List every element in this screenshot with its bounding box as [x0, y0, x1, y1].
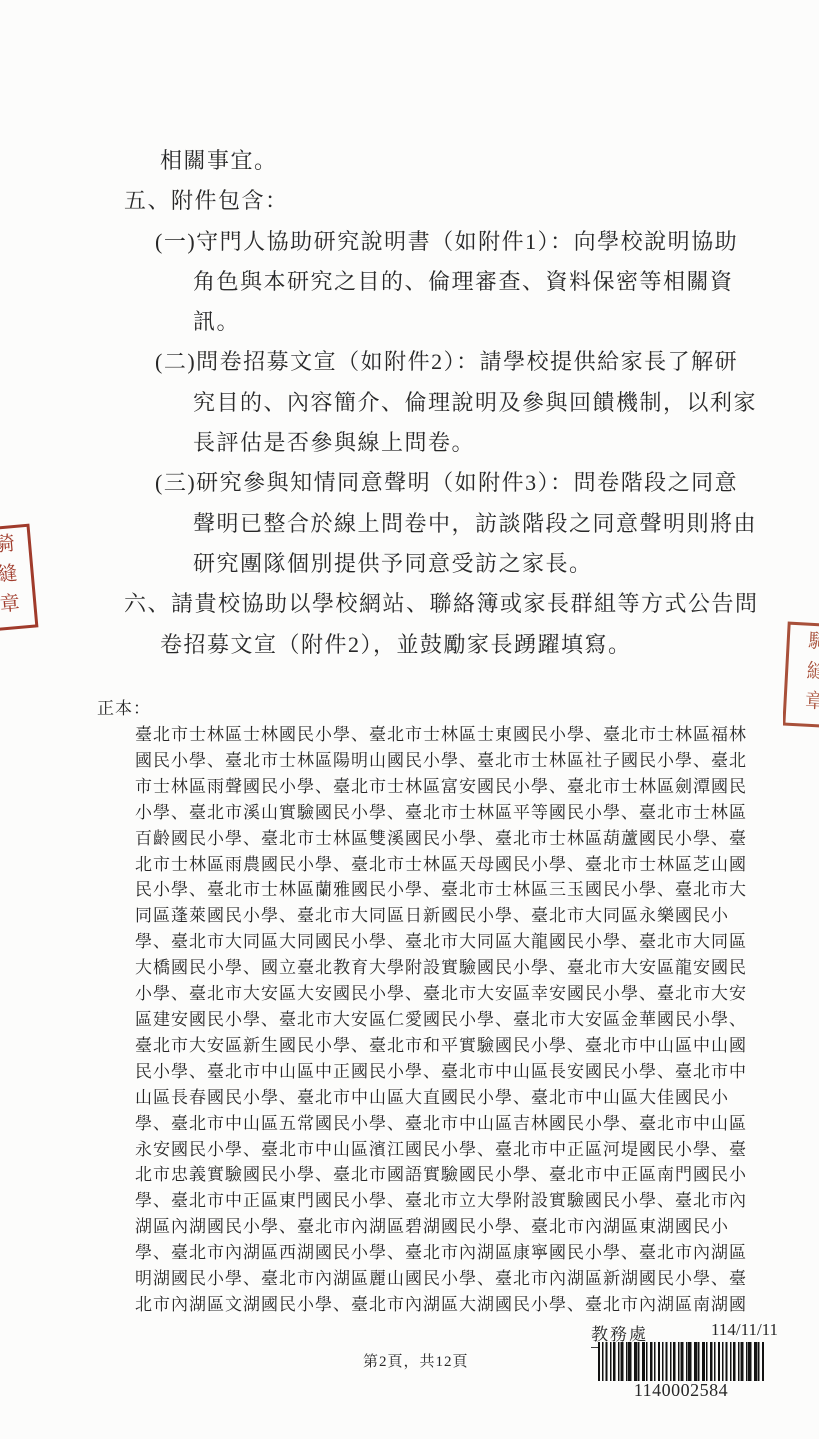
body-line: 六、請貴校協助以學校網站、聯絡簿或家長群組等方式公告問 — [0, 584, 790, 624]
recipient-line: 民小學、臺北市士林區蘭雅國民小學、臺北市士林區三玉國民小學、臺北市大 — [135, 877, 760, 903]
recipients-list: 臺北市士林區士林國民小學、臺北市士林區士東國民小學、臺北市士林區福林國民小學、臺… — [135, 722, 760, 1318]
body-line: (三)研究參與知情同意聲明（如附件3）：問卷階段之同意 — [0, 463, 790, 503]
recipient-line: 學、臺北市中正區東門國民小學、臺北市立大學附設實驗國民小學、臺北市內 — [135, 1188, 760, 1214]
recipient-line: 北市忠義實驗國民小學、臺北市國語實驗國民小學、臺北市中正區南門國民小 — [135, 1162, 760, 1188]
page-indicator: 第2頁，共12頁 — [363, 1350, 469, 1371]
body-line: 研究團隊個別提供予同意受訪之家長。 — [0, 544, 790, 584]
seam-stamp-right-text: 騎縫章 — [802, 630, 819, 721]
body-line: 聲明已整合於線上問卷中，訪談階段之同意聲明則將由 — [0, 504, 790, 544]
scanned-letter-page: 騎縫章 騎縫章 相關事宜。 五、附件包含： (一)守門人協助研究說明書（如附件1… — [0, 0, 819, 1439]
recipient-line: 小學、臺北市大安區大安國民小學、臺北市大安區幸安國民小學、臺北市大安 — [135, 981, 760, 1007]
recipient-line: 百齡國民小學、臺北市士林區雙溪國民小學、臺北市士林區葫蘆國民小學、臺 — [135, 826, 760, 852]
body-line: (一)守門人協助研究說明書（如附件1）：向學校說明協助 — [0, 222, 790, 262]
recipient-line: 學、臺北市大同區大同國民小學、臺北市大同區大龍國民小學、臺北市大同區 — [135, 929, 760, 955]
body-line: (二)問卷招募文宣（如附件2）：請學校提供給家長了解研 — [0, 342, 790, 382]
barcode — [598, 1342, 764, 1381]
recipient-line: 民小學、臺北市中山區中正國民小學、臺北市中山區長安國民小學、臺北市中 — [135, 1059, 760, 1085]
body-line: 究目的、內容簡介、倫理說明及參與回饋機制，以利家 — [0, 383, 790, 423]
barcode-number: 1140002584 — [598, 1380, 764, 1401]
recipient-line: 北市內湖區文湖國民小學、臺北市內湖區大湖國民小學、臺北市內湖區南湖國 — [135, 1292, 760, 1318]
body-line: 相關事宜。 — [0, 141, 790, 181]
recipient-line: 臺北市大安區新生國民小學、臺北市和平實驗國民小學、臺北市中山區中山國 — [135, 1033, 760, 1059]
body-line: 長評估是否參與線上問卷。 — [0, 423, 790, 463]
body-line: 訊。 — [0, 302, 790, 342]
recipient-line: 區建安國民小學、臺北市大安區仁愛國民小學、臺北市大安區金華國民小學、 — [135, 1007, 760, 1033]
recipient-line: 北市士林區雨農國民小學、臺北市士林區天母國民小學、臺北市士林區芝山國 — [135, 852, 760, 878]
recipient-line: 學、臺北市中山區五常國民小學、臺北市中山區吉林國民小學、臺北市中山區 — [135, 1111, 760, 1137]
recipient-line: 永安國民小學、臺北市中山區濱江國民小學、臺北市中正區河堤國民小學、臺 — [135, 1137, 760, 1163]
recipient-line: 市士林區雨聲國民小學、臺北市士林區富安國民小學、臺北市士林區劍潭國民 — [135, 774, 760, 800]
letter-body: 相關事宜。 五、附件包含： (一)守門人協助研究說明書（如附件1）：向學校說明協… — [0, 141, 790, 665]
body-line: 五、附件包含： — [0, 181, 790, 221]
recipient-line: 小學、臺北市溪山實驗國民小學、臺北市士林區平等國民小學、臺北市士林區 — [135, 800, 760, 826]
recipient-line: 學、臺北市內湖區西湖國民小學、臺北市內湖區康寧國民小學、臺北市內湖區 — [135, 1240, 760, 1266]
recipient-line: 同區蓬萊國民小學、臺北市大同區日新國民小學、臺北市大同區永樂國民小 — [135, 903, 760, 929]
recipient-line: 國民小學、臺北市士林區陽明山國民小學、臺北市士林區社子國民小學、臺北 — [135, 748, 760, 774]
body-line: 卷招募文宣（附件2），並鼓勵家長踴躍填寫。 — [0, 625, 790, 665]
recipient-line: 明湖國民小學、臺北市內湖區麗山國民小學、臺北市內湖區新湖國民小學、臺 — [135, 1266, 760, 1292]
body-line: 角色與本研究之目的、倫理審查、資料保密等相關資 — [0, 262, 790, 302]
recipients-label: 正本： — [97, 694, 151, 719]
recipient-line: 湖區內湖國民小學、臺北市內湖區碧湖國民小學、臺北市內湖區東湖國民小 — [135, 1214, 760, 1240]
recipient-line: 大橋國民小學、國立臺北教育大學附設實驗國民小學、臺北市大安區龍安國民 — [135, 955, 760, 981]
recipient-line: 臺北市士林區士林國民小學、臺北市士林區士東國民小學、臺北市士林區福林 — [135, 722, 760, 748]
date-label: 114/11/11 — [711, 1320, 778, 1340]
recipient-line: 山區長春國民小學、臺北市中山區大直國民小學、臺北市中山區大佳國民小 — [135, 1085, 760, 1111]
